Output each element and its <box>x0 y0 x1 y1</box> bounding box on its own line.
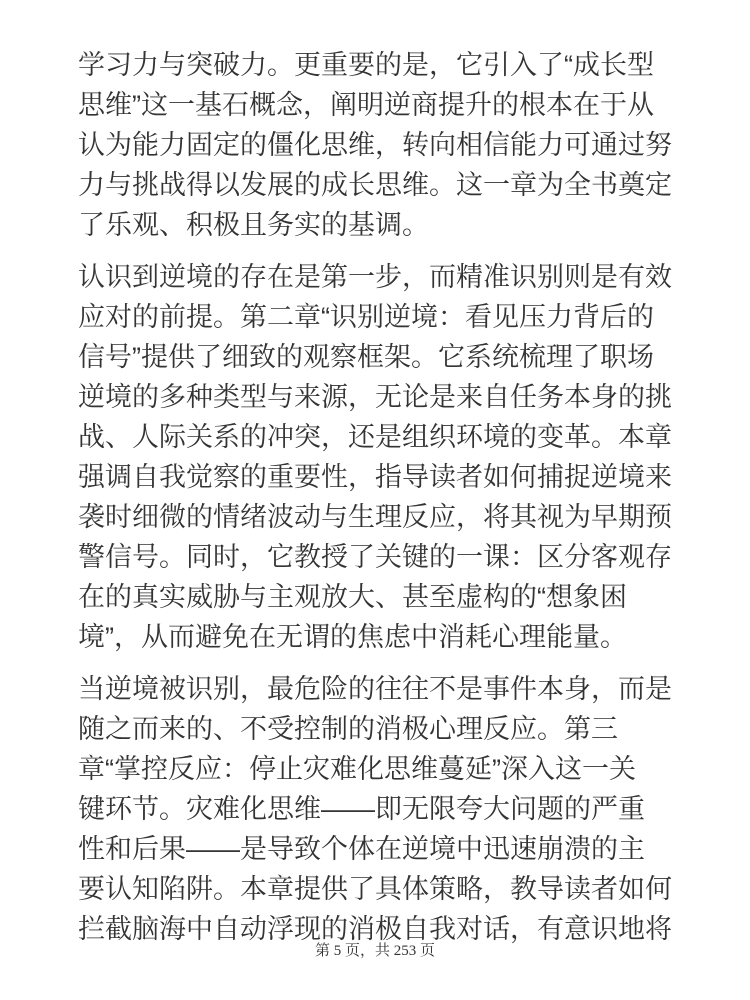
body-paragraph-1: 学习力与突破力。更重要的是，它引入了“成长型 思维”这一基石概念，阐明逆商提升的… <box>78 45 680 245</box>
page-content: 学习力与突破力。更重要的是，它引入了“成长型 思维”这一基石概念，阐明逆商提升的… <box>0 0 750 949</box>
page-number-footer: 第 5 页，共 253 页 <box>0 941 750 961</box>
body-paragraph-2: 认识到逆境的存在是第一步，而精准识别则是有效 应对的前提。第二章“识别逆境：看见… <box>78 257 680 657</box>
body-paragraph-3: 当逆境被识别，最危险的往往不是事件本身，而是 随之而来的、不受控制的消极心理反应… <box>78 669 680 949</box>
document-page: 学习力与突破力。更重要的是，它引入了“成长型 思维”这一基石概念，阐明逆商提升的… <box>0 0 750 1000</box>
